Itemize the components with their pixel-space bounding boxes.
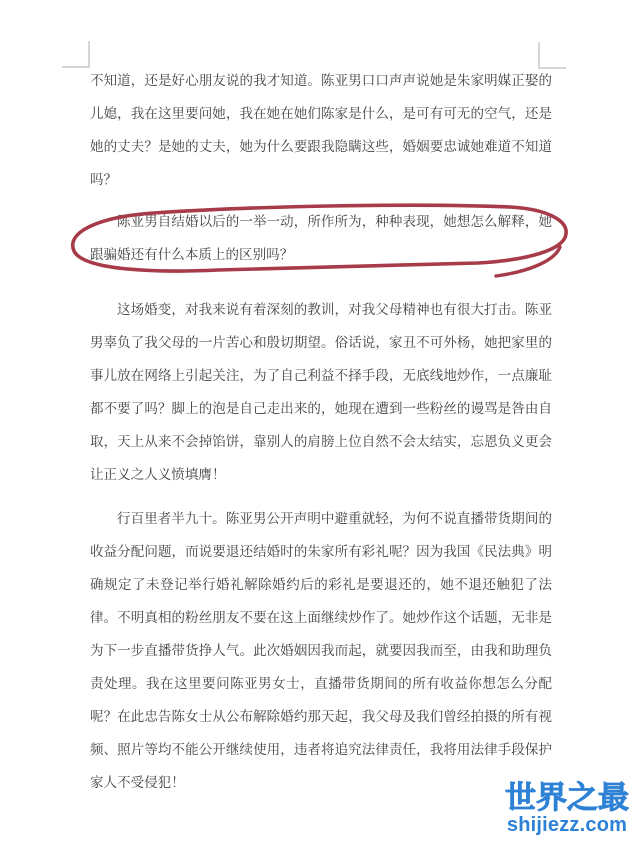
watermark-url-text: shijiezz.com <box>497 815 637 835</box>
watermark-logo-text: 世界之最 <box>497 782 637 813</box>
document-text: 不知道，还是好心朋友说的我才知道。陈亚男口口声声说她是朱家明媒正娶的儿媳，我在这… <box>90 64 552 799</box>
circled-paragraph-container: 陈亚男自结婚以后的一举一动，所作所为，种种表现，她想怎么解释，她跟骗婚还有什么本… <box>90 205 552 271</box>
paragraph-3: 这场婚变，对我来说有着深刻的教训，对我父母精神也有很大打击。陈亚男辜负了我父母的… <box>90 293 552 491</box>
document-page: 不知道，还是好心朋友说的我才知道。陈亚男口口声声说她是朱家明媒正娶的儿媳，我在这… <box>0 0 640 843</box>
paragraph-4: 行百里者半九十。陈亚男公开声明中避重就轻，为何不说直播带货期间的收益分配问题，而… <box>90 502 552 799</box>
paragraph-2-circled: 陈亚男自结婚以后的一举一动，所作所为，种种表现，她想怎么解释，她跟骗婚还有什么本… <box>90 205 552 271</box>
paragraph-1: 不知道，还是好心朋友说的我才知道。陈亚男口口声声说她是朱家明媒正娶的儿媳，我在这… <box>90 64 552 196</box>
site-watermark: 世界之最 shijiezz.com <box>497 782 637 835</box>
